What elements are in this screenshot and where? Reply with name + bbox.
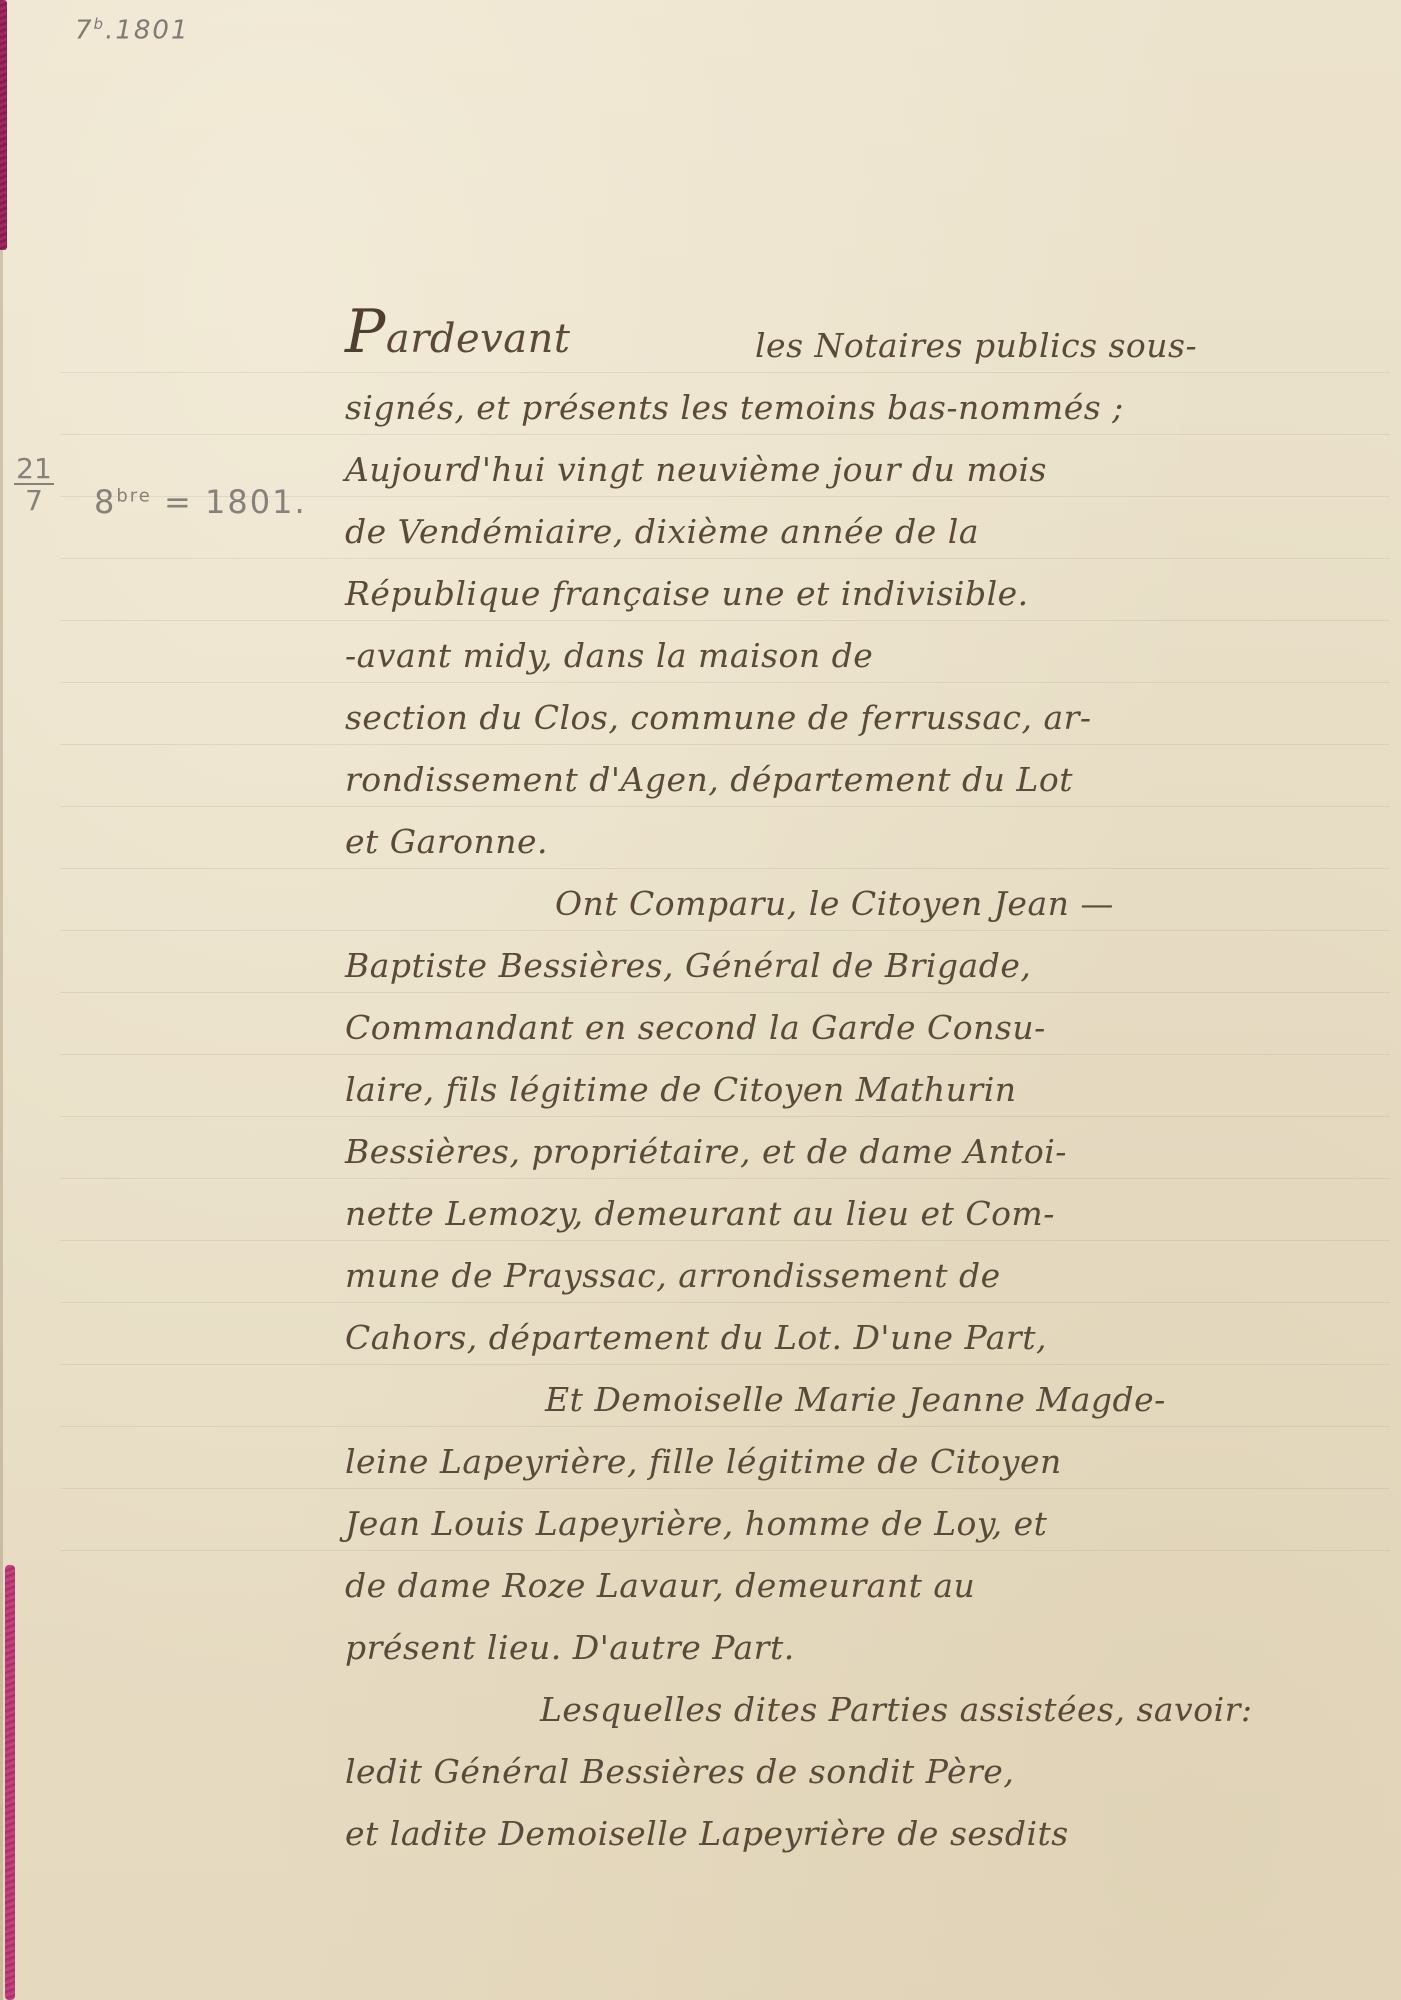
binding-cord-bottom	[5, 1565, 15, 2000]
text-line: de Vendémiaire, dixième année de la	[345, 504, 979, 560]
drop-cap-initial: P	[345, 297, 386, 367]
text-line: et ladite Demoiselle Lapeyrière de sesdi…	[345, 1806, 1069, 1862]
manuscript-page: 7b.1801 21 7 8bre = 1801. Pardevant les …	[0, 0, 1401, 2000]
text-line: section du Clos, commune de ferrussac, a…	[345, 690, 1092, 746]
opening-word-rest: ardevant	[386, 316, 571, 362]
text-line: Aujourd'hui vingt neuvième jour du mois	[345, 442, 1047, 498]
text-line: République française une et indivisible.	[345, 566, 1029, 622]
pencil-folio-note: 7b.1801	[75, 15, 190, 46]
text-line: Ont Comparu, le Citoyen Jean —	[555, 876, 1114, 932]
text-line: Bessières, propriétaire, et de dame Anto…	[345, 1124, 1067, 1180]
binding-cord-top	[0, 0, 7, 250]
text-line: signés, et présents les temoins bas-nomm…	[345, 380, 1124, 436]
margin-date-fraction: 21 7	[14, 455, 54, 515]
text-line: de dame Roze Lavaur, demeurant au	[345, 1558, 975, 1614]
text-line: nette Lemozy, demeurant au lieu et Com-	[345, 1186, 1055, 1242]
margin-date-day: 21	[14, 455, 54, 483]
page-left-edge	[0, 0, 3, 2000]
text-line: Baptiste Bessières, Général de Brigade,	[345, 938, 1031, 994]
text-line: ledit Général Bessières de sondit Père,	[345, 1744, 1014, 1800]
text-line: Jean Louis Lapeyrière, homme de Loy, et	[345, 1496, 1047, 1552]
margin-date-month-sup: bre	[116, 485, 152, 506]
text-line: les Notaires publics sous-	[755, 318, 1197, 374]
margin-date-month-year: 8bre = 1801.	[94, 483, 307, 521]
margin-date-year: = 1801.	[164, 483, 307, 521]
text-line: laire, fils légitime de Citoyen Mathurin	[345, 1062, 1017, 1118]
text-line: Commandant en second la Garde Consu-	[345, 1000, 1046, 1056]
folio-sup: b	[94, 15, 106, 33]
margin-date-month: 8	[94, 483, 116, 521]
text-line: rondissement d'Agen, département du Lot	[345, 752, 1073, 808]
folio-prefix: 7	[75, 16, 94, 46]
text-line: présent lieu. D'autre Part.	[345, 1620, 795, 1676]
text-line: et Garonne.	[345, 814, 548, 870]
text-line: mune de Prayssac, arrondissement de	[345, 1248, 1001, 1304]
folio-suffix: .1801	[105, 16, 189, 46]
margin-date-struck: 7	[14, 483, 54, 515]
text-line: Et Demoiselle Marie Jeanne Magde-	[545, 1372, 1166, 1428]
text-line: -avant midy, dans la maison de	[345, 628, 873, 684]
text-line: leine Lapeyrière, fille légitime de Cito…	[345, 1434, 1062, 1490]
text-line: Lesquelles dites Parties assistées, savo…	[540, 1682, 1253, 1738]
opening-word: Pardevant	[345, 304, 570, 360]
text-line: Cahors, département du Lot. D'une Part,	[345, 1310, 1047, 1366]
